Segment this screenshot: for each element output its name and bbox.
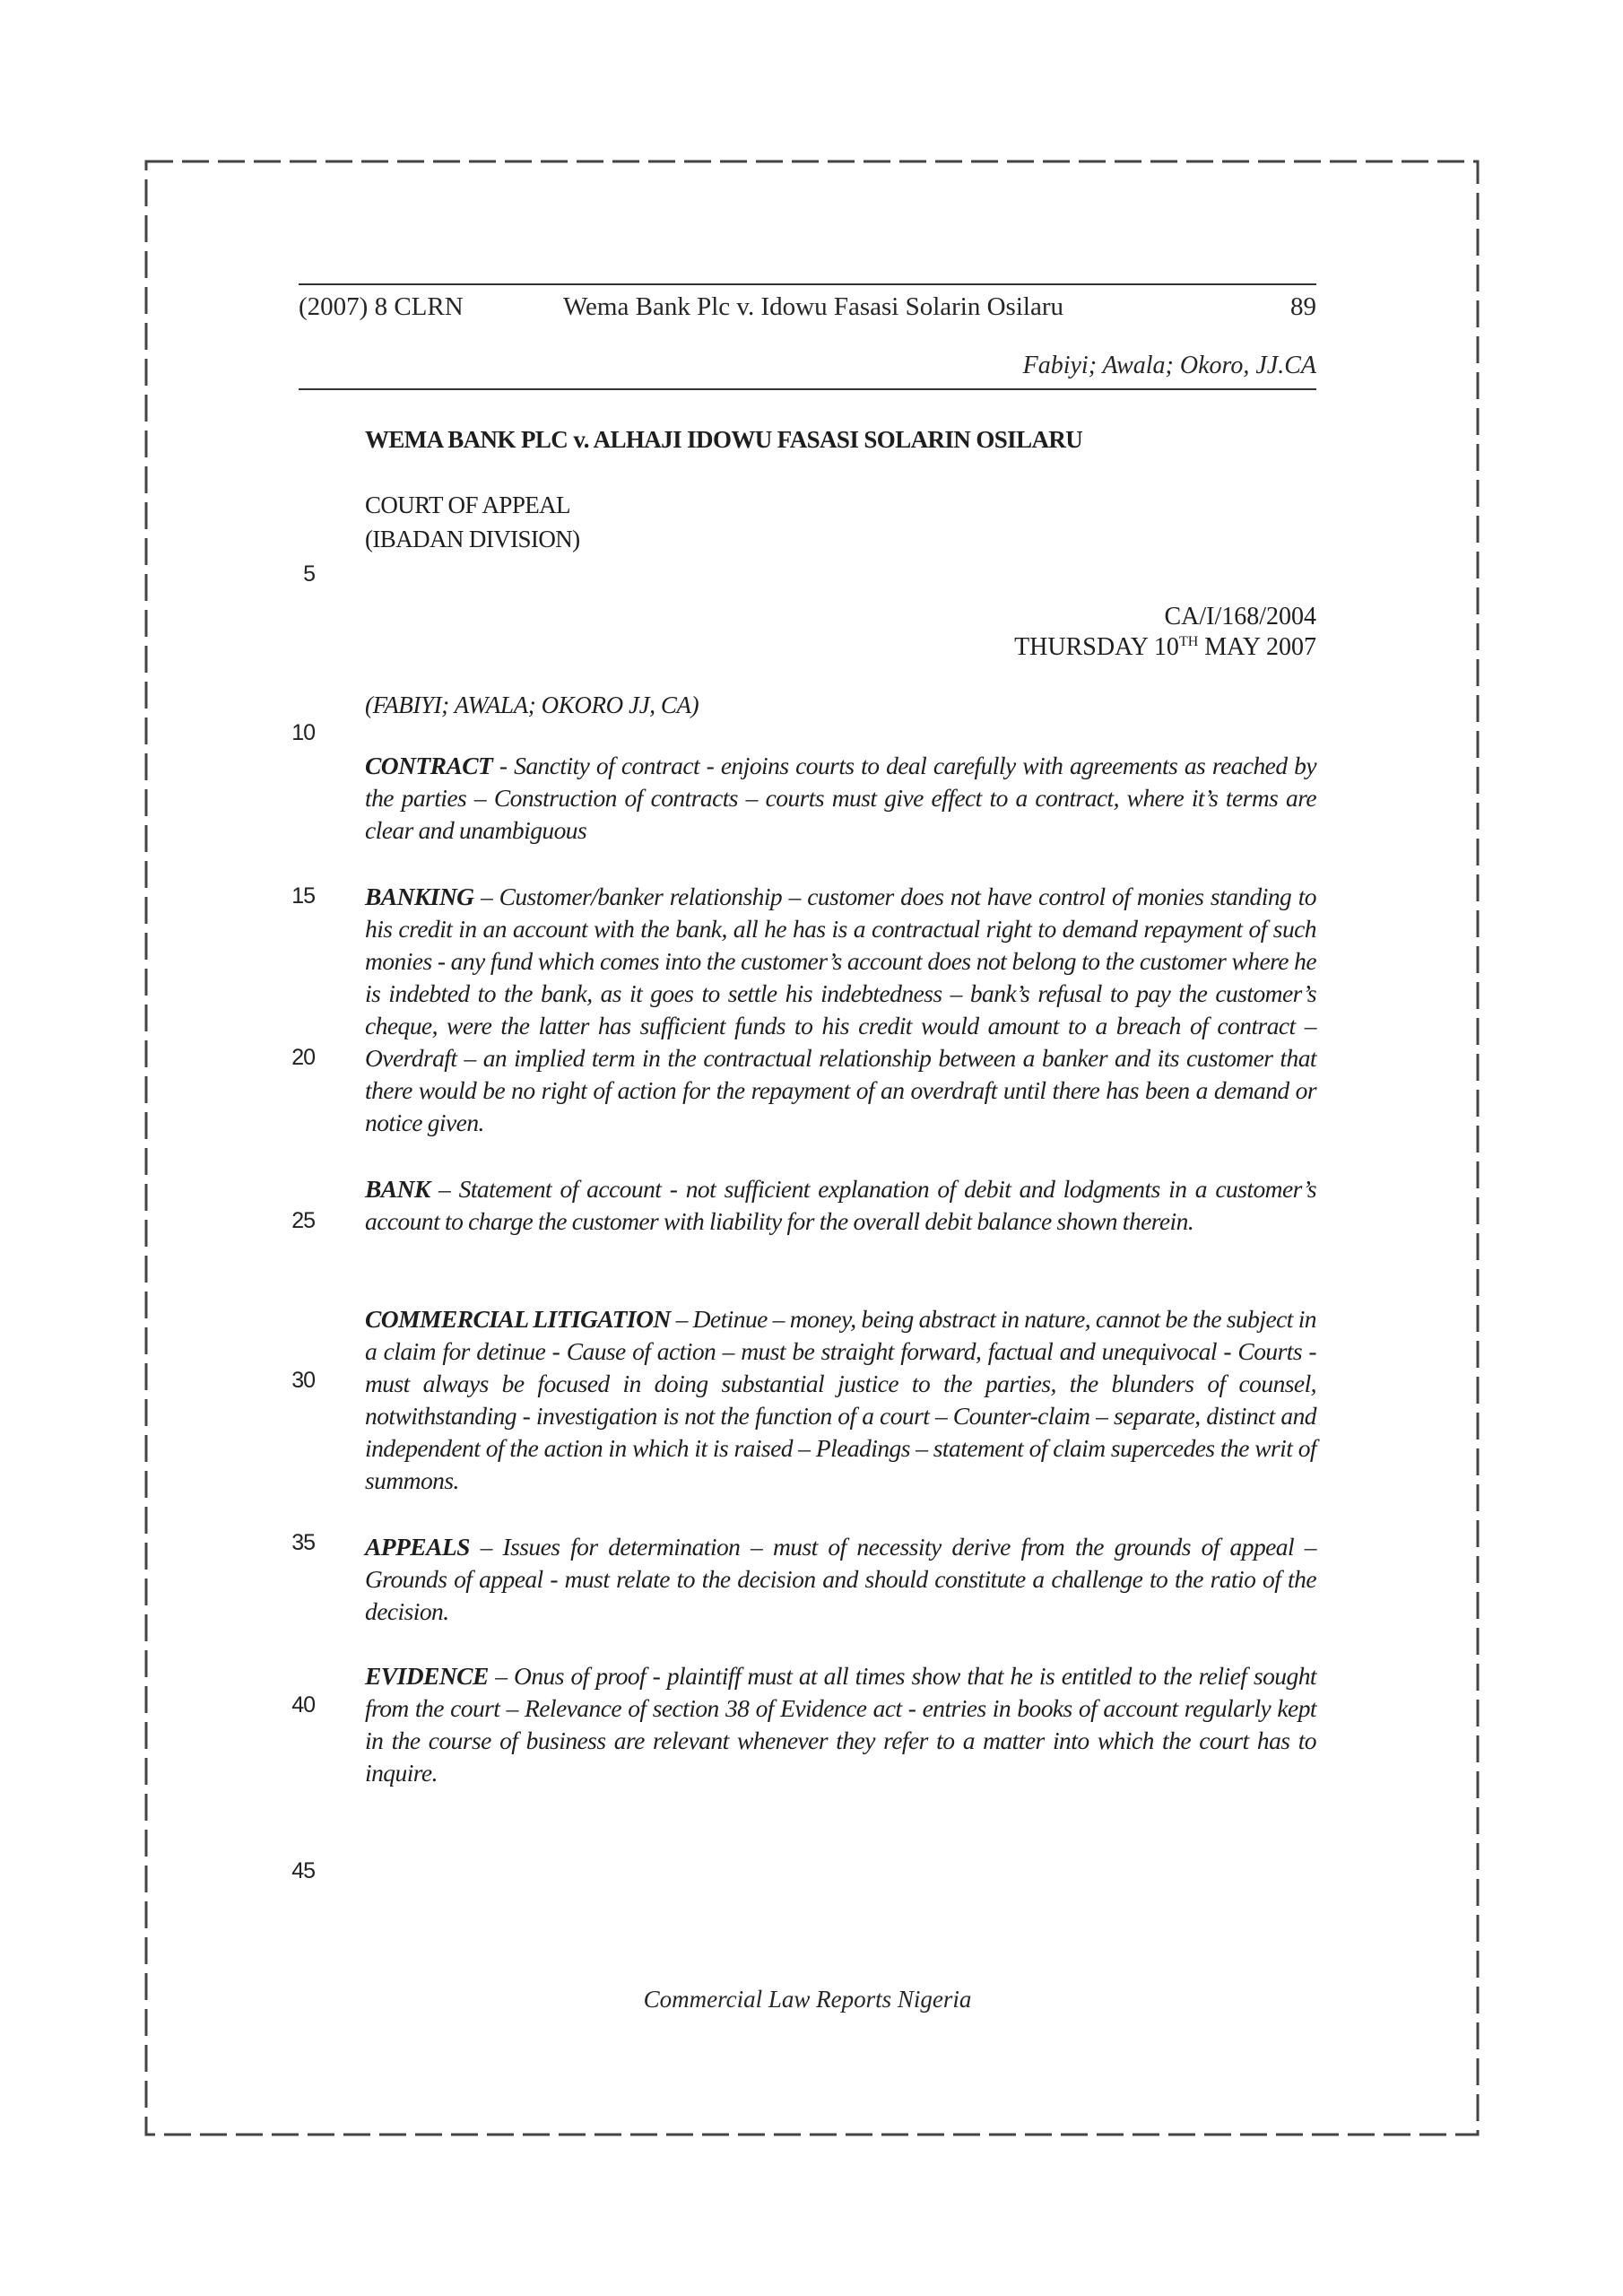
- catchword-appeals: APPEALS – Issues for determination – mus…: [365, 1531, 1316, 1628]
- header-top-rule: [299, 283, 1316, 285]
- line-number: 15: [279, 883, 315, 909]
- line-number: 45: [279, 1857, 315, 1884]
- suit-number: CA/I/168/2004: [1014, 602, 1316, 632]
- case-reference: CA/I/168/2004 THURSDAY 10TH MAY 2007: [1014, 602, 1316, 663]
- running-judges: Fabiyi; Awala; Okoro, JJ.CA: [1023, 350, 1316, 382]
- catchword-text: – Detinue – money, being abstract in nat…: [365, 1305, 1316, 1494]
- catchword-heading: APPEALS: [365, 1533, 470, 1561]
- catchword-bank: BANK – Statement of account - not suffic…: [365, 1173, 1316, 1238]
- catchword-text: – Customer/banker relationship – custome…: [365, 883, 1316, 1136]
- coram: (FABIYI; AWALA; OKORO JJ, CA): [365, 689, 699, 721]
- catchword-contract: CONTRACT - Sanctity of contract - enjoin…: [365, 750, 1316, 847]
- catchword-evidence: EVIDENCE – Onus of proof - plaintiff mus…: [365, 1660, 1316, 1789]
- catchword-text: – Onus of proof - plaintiff must at all …: [365, 1662, 1316, 1787]
- catchword-text: – Statement of account - not sufficient …: [365, 1175, 1316, 1235]
- header-bottom-rule: [299, 388, 1316, 390]
- line-number: 40: [279, 1692, 315, 1718]
- catchword-heading: BANK: [365, 1175, 430, 1203]
- report-citation: (2007) 8 CLRN: [299, 291, 464, 323]
- catchword-banking: BANKING – Customer/banker relationship –…: [365, 881, 1316, 1139]
- catchword-heading: EVIDENCE: [365, 1662, 489, 1690]
- page-crop-border: [146, 161, 1478, 2135]
- line-number: 30: [279, 1367, 315, 1394]
- catchword-heading: CONTRACT: [365, 752, 492, 779]
- case-title: WEMA BANK PLC v. ALHAJI IDOWU FASASI SOL…: [365, 423, 1082, 456]
- dashed-border-icon: [146, 161, 1478, 2135]
- judgment-date: THURSDAY 10TH MAY 2007: [1014, 632, 1316, 663]
- court-name: COURT OF APPEAL: [365, 488, 580, 522]
- catchword-text: - Sanctity of contract - enjoins courts …: [365, 752, 1316, 844]
- catchword-heading: COMMERCIAL LITIGATION: [365, 1305, 671, 1333]
- court-block: COURT OF APPEAL (IBADAN DIVISION): [365, 488, 580, 556]
- catchword-heading: BANKING: [365, 883, 473, 910]
- court-division: (IBADAN DIVISION): [365, 522, 580, 556]
- line-number: 35: [279, 1529, 315, 1556]
- line-number: 25: [279, 1207, 315, 1234]
- line-number: 20: [279, 1044, 315, 1071]
- running-head: (2007) 8 CLRN Wema Bank Plc v. Idowu Fas…: [299, 291, 1316, 323]
- running-case-title: Wema Bank Plc v. Idowu Fasasi Solarin Os…: [563, 291, 1063, 323]
- line-number: 5: [279, 561, 315, 587]
- page-number: 89: [1290, 291, 1316, 323]
- catchword-commercial-litigation: COMMERCIAL LITIGATION – Detinue – money,…: [365, 1303, 1316, 1497]
- catchword-text: – Issues for determination – must of nec…: [365, 1533, 1316, 1625]
- publication-footer: Commercial Law Reports Nigeria: [299, 1983, 1316, 2015]
- line-number: 10: [279, 719, 315, 746]
